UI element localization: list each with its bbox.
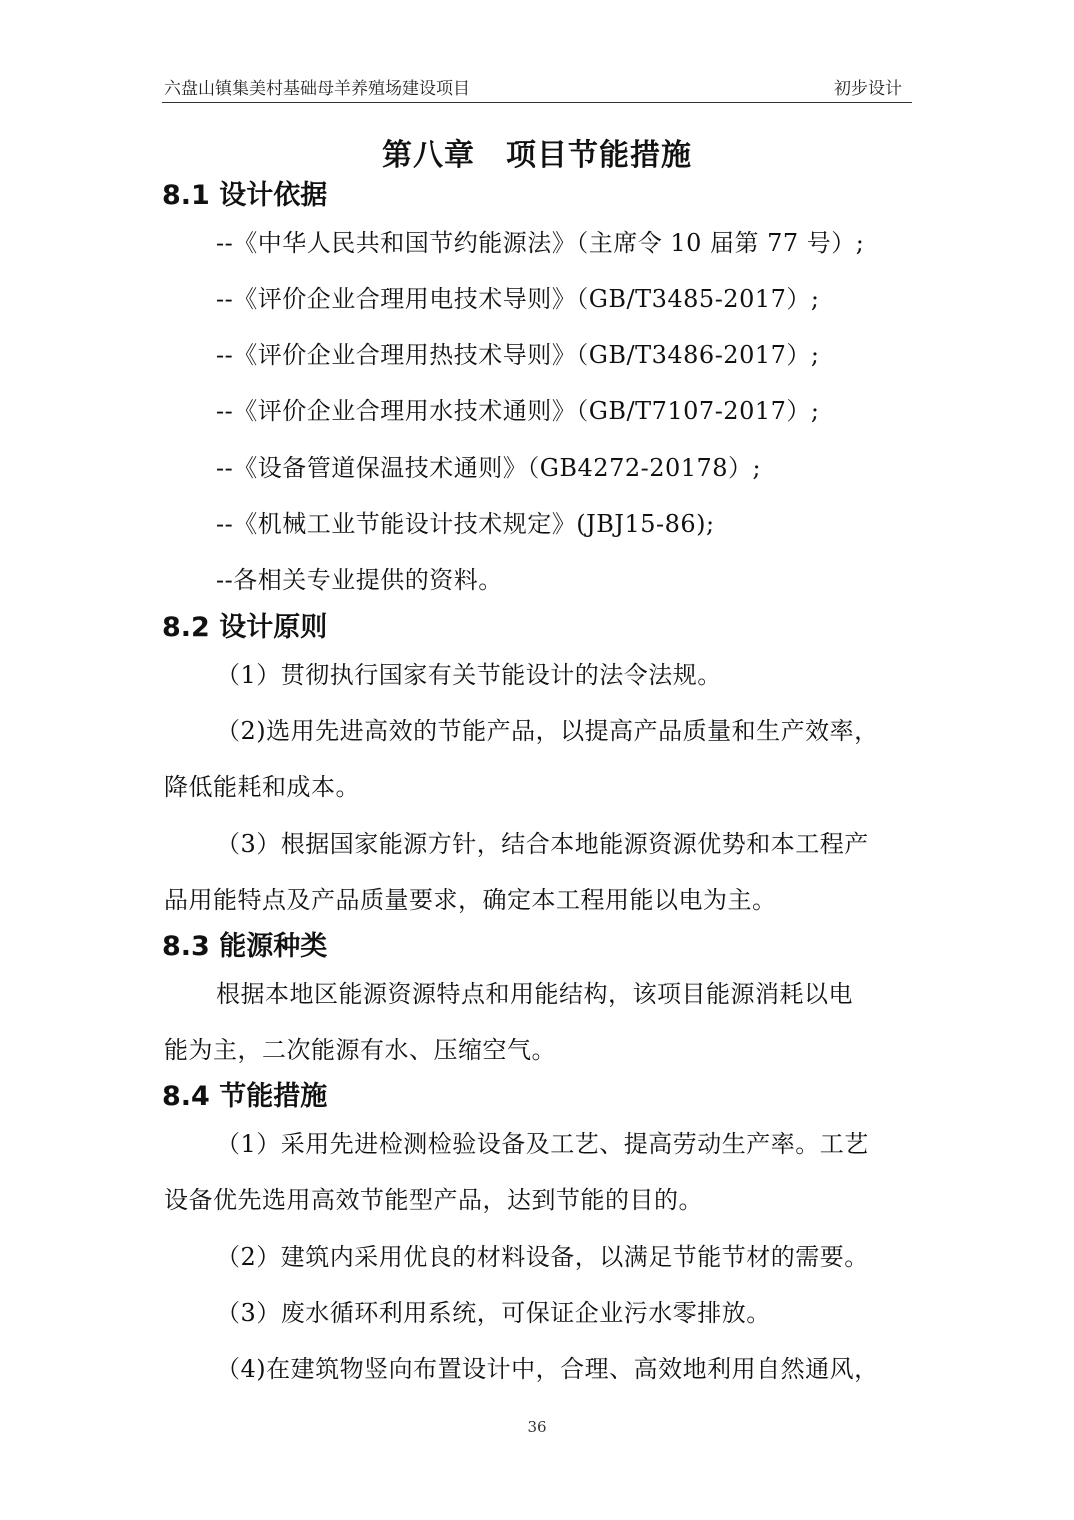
paragraph-line: 品用能特点及产品质量要求，确定本工程用能以电为主。 bbox=[164, 883, 777, 917]
reference-line: --《评价企业合理用电技术导则》（GB/T3485-2017）; bbox=[216, 282, 819, 316]
page-number: 36 bbox=[0, 1418, 1074, 1436]
header-stage: 初步设计 bbox=[834, 76, 902, 102]
reference-line: --《评价企业合理用热技术导则》（GB/T3486-2017）; bbox=[216, 338, 819, 372]
paragraph-line: 设备优先选用高效节能型产品，达到节能的目的。 bbox=[164, 1183, 703, 1217]
reference-line: --各相关专业提供的资料。 bbox=[216, 563, 503, 597]
section-heading-8-1: 8.1 设计依据 bbox=[162, 178, 327, 214]
paragraph-line: （1）贯彻执行国家有关节能设计的法令法规。 bbox=[216, 658, 722, 692]
reference-line: --《中华人民共和国节约能源法》（主席令 10 届第 77 号）; bbox=[216, 226, 864, 260]
page-header: 六盘山镇集美村基础母羊养殖场建设项目 初步设计 bbox=[162, 76, 912, 103]
paragraph-line: 根据本地区能源资源特点和用能结构，该项目能源消耗以电 bbox=[216, 977, 853, 1011]
reference-line: --《机械工业节能设计技术规定》(JBJ15-86); bbox=[216, 507, 715, 541]
paragraph-line: （2）建筑内采用优良的材料设备，以满足节能节材的需要。 bbox=[216, 1240, 869, 1274]
chapter-title: 第八章 项目节能措施 bbox=[0, 136, 1074, 176]
section-heading-8-2: 8.2 设计原则 bbox=[162, 610, 327, 646]
section-heading-8-4: 8.4 节能措施 bbox=[162, 1079, 327, 1115]
section-heading-8-3: 8.3 能源种类 bbox=[162, 929, 327, 965]
paragraph-line: （3）根据国家能源方针，结合本地能源资源优势和本工程产 bbox=[216, 827, 869, 861]
paragraph-line: 降低能耗和成本。 bbox=[164, 770, 360, 804]
paragraph-line: （1）采用先进检测检验设备及工艺、提高劳动生产率。工艺 bbox=[216, 1127, 869, 1161]
paragraph-line: （4)在建筑物竖向布置设计中，合理、高效地利用自然通风， bbox=[216, 1352, 879, 1386]
reference-line: --《设备管道保温技术通则》（GB4272-20178）; bbox=[216, 451, 761, 485]
paragraph-line: （3）废水循环利用系统，可保证企业污水零排放。 bbox=[216, 1296, 771, 1330]
reference-line: --《评价企业合理用水技术通则》（GB/T7107-2017）; bbox=[216, 394, 819, 428]
paragraph-line: 能为主，二次能源有水、压缩空气。 bbox=[164, 1033, 556, 1067]
paragraph-line: （2)选用先进高效的节能产品，以提高产品质量和生产效率， bbox=[216, 714, 879, 748]
header-project-name: 六盘山镇集美村基础母羊养殖场建设项目 bbox=[164, 76, 470, 102]
